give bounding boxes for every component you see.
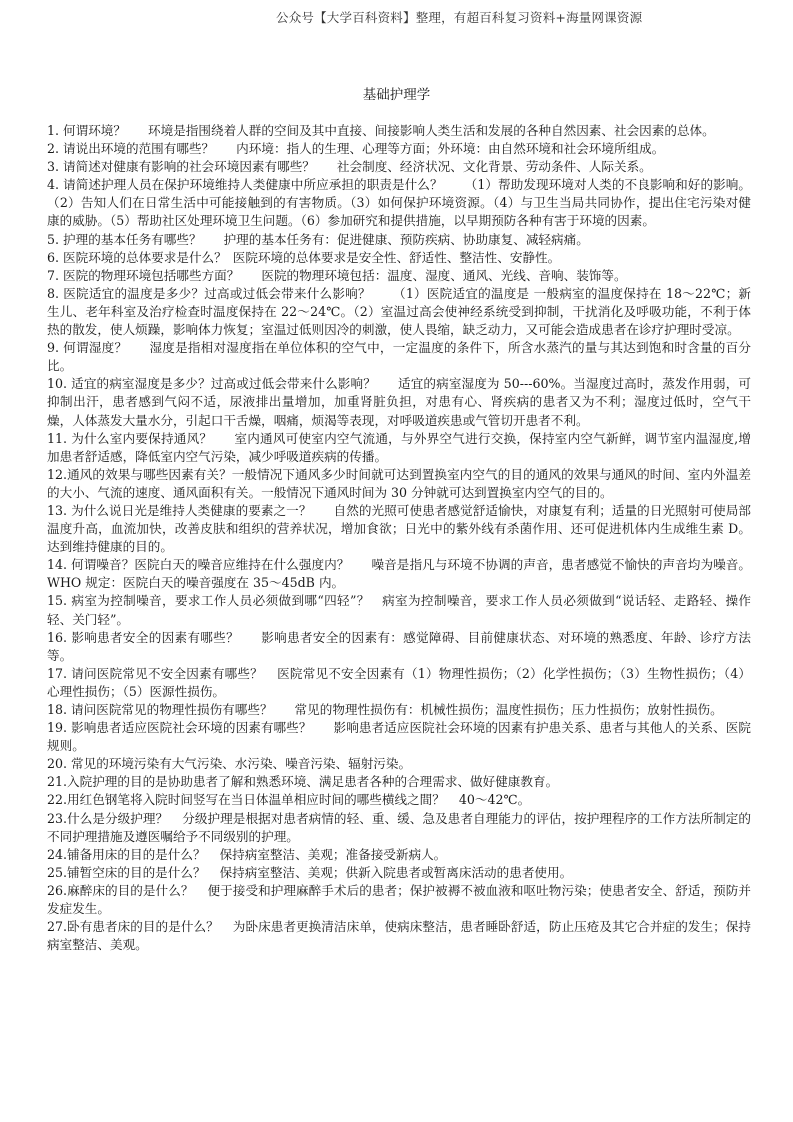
qa-item-21: 21.入院护理的目的是协助患者了解和熟悉环境、满足患者各种的合理需求、做好健康教… — [47, 773, 751, 791]
question: 23.什么是分级护理？ — [47, 811, 168, 826]
qa-item-24: 24.铺备用床的目的是什么？保持病室整洁、美观；准备接受新病人。 — [47, 846, 751, 864]
qa-item-4: 4. 请简述护理人员在保护环境维持人类健康中所应承担的职责是什么？（1）帮助发现… — [47, 176, 751, 230]
qa-item-27: 27.卧有患者床的目的是什么？为卧床患者更换清洁床单，使病床整洁，患者睡卧舒适，… — [47, 918, 751, 954]
qa-item-9: 9. 何谓湿度？湿度是指相对湿度指在单位体积的空气中，一定温度的条件下，所含水蒸… — [47, 339, 751, 375]
qa-item-11: 11. 为什么室内要保持通风？室内通风可使室内空气流通，与外界空气进行交换，保持… — [47, 430, 751, 466]
question: 27.卧有患者床的目的是什么？ — [47, 919, 219, 934]
answer: 医院的物理环境包括：温度、湿度、通风、光线、音响、装饰等。 — [261, 268, 626, 283]
qa-item-5: 5. 护理的基本任务有哪些？护理的基本任务有：促进健康、预防疾病、协助康复、减轻… — [47, 231, 751, 249]
question: 3. 请简述对健康有影响的社会环境因素有哪些？ — [47, 159, 315, 174]
answer: 保持病室整洁、美观；准备接受新病人。 — [220, 847, 447, 862]
answer: 护理的基本任务有：促进健康、预防疾病、协助康复、减轻病痛。 — [224, 232, 589, 247]
answer: 常见的物理性损伤有：机械性损伤；温度性损伤；压力性损伤；放射性损伤。 — [295, 702, 723, 717]
qa-item-14: 14. 何谓噪音？医院白天的噪音应维持在什么强度内？噪音是指凡与环境不协调的声音… — [47, 556, 751, 592]
question: 9. 何谓湿度？ — [47, 340, 127, 355]
question: 12.通风的效果与哪些因素有关？一般情况下通风多少时间就可达到置换室内空气的目的 — [47, 467, 536, 482]
question: 7. 医院的物理环境包括哪些方面？ — [47, 268, 239, 283]
answer: 社会制度、经济状况、文化背景、劳动条件、人际关系。 — [337, 159, 652, 174]
question: 16. 影响患者安全的因素有哪些？ — [47, 630, 239, 645]
answer: 40～42℃。 — [459, 792, 530, 807]
question: 14. 何谓噪音？医院白天的噪音应维持在什么强度内？ — [47, 557, 349, 572]
question: 19. 影响患者适应医院社会环境的因素有哪些？ — [47, 720, 311, 735]
question: 11. 为什么室内要保持通风？ — [47, 431, 212, 446]
qa-item-22: 22.用红色钢笔将入院时间竖写在当日体温单相应时间的哪些横线之間？40～42℃。 — [47, 791, 751, 809]
question: 24.铺备用床的目的是什么？ — [47, 847, 206, 862]
question: 5. 护理的基本任务有哪些？ — [47, 232, 202, 247]
question: 15. 病室为控制噪音，要求工作人员必须做到哪“四轻”？ — [47, 593, 370, 608]
question: 13. 为什么说日光是维持人类健康的要素之一？ — [47, 503, 311, 518]
qa-item-16: 16. 影响患者安全的因素有哪些？影响患者安全的因素有：感觉障碍、目前健康状态、… — [47, 629, 751, 665]
qa-item-15: 15. 病室为控制噪音，要求工作人员必须做到哪“四轻”？病室为控制噪音，要求工作… — [47, 592, 751, 628]
qa-item-1: 1. 何谓环境？环境是指围绕着人群的空间及其中直接、间接影响人类生活和发展的各种… — [47, 122, 751, 140]
watermark-header: 公众号【大学百科资料】整理，有超百科复习资料+海量网课资源 — [276, 8, 642, 26]
question: 2. 请说出环境的范围有哪些？ — [47, 141, 214, 156]
question: 4. 请简述护理人员在保护环境维持人类健康中所应承担的职责是什么？ — [47, 177, 443, 192]
qa-item-25: 25.铺暂空床的目的是什么？保持病室整洁、美观；供新入院患者或暂离床活动的患者使… — [47, 864, 751, 882]
qa-item-23: 23.什么是分级护理？分级护理是根据对患者病情的轻、重、缓、急及患者自理能力的评… — [47, 810, 751, 846]
question: 17. 请问医院常见不安全因素有哪些？ — [47, 666, 263, 681]
answer: 保持病室整洁、美观；供新入院患者或暂离床活动的患者使用。 — [220, 865, 573, 880]
qa-item-10: 10. 适宜的病室湿度是多少？过高或过低会带来什么影响？适宜的病室湿度为 50-… — [47, 375, 751, 429]
qa-item-26: 26.麻醉床的目的是什么？便于接受和护理麻醉手术后的患者；保护被褥不被血液和呕吐… — [47, 882, 751, 918]
qa-item-20: 20. 常见的环境污染有大气污染、水污染、噪音污染、辐射污染。 — [47, 755, 751, 773]
question: 26.麻醉床的目的是什么？ — [47, 883, 193, 898]
question: 8. 医院适宜的温度是多少？过高或过低会带来什么影响？ — [47, 286, 371, 301]
question: 10. 适宜的病室湿度是多少？过高或过低会带来什么影响？ — [47, 376, 376, 391]
question: 20. 常见的环境污染有大气污染、水污染、噪音污染、辐射污染。 — [47, 756, 411, 771]
document-title: 基础护理学 — [0, 83, 793, 103]
qa-item-19: 19. 影响患者适应医院社会环境的因素有哪些？影响患者适应医院社会环境的因素有护… — [47, 719, 751, 755]
answer: 内环境：指人的生理、心理等方面；外环境：由自然环境和社会环境所组成。 — [236, 141, 664, 156]
qa-item-13: 13. 为什么说日光是维持人类健康的要素之一？自然的光照可使患者感觉舒适愉快，对… — [47, 502, 751, 556]
qa-item-2: 2. 请说出环境的范围有哪些？内环境：指人的生理、心理等方面；外环境：由自然环境… — [47, 140, 751, 158]
answer: 湿度是指相对湿度指在单位体积的空气中，一定温度的条件下，所含水蒸汽的量与其达到饱… — [47, 340, 751, 373]
answer: 环境是指围绕着人群的空间及其中直接、间接影响人类生活和发展的各种自然因素、社会因… — [148, 123, 715, 138]
question: 21.入院护理的目的是协助患者了解和熟悉环境、满足患者各种的合理需求、做好健康教… — [47, 774, 558, 789]
question: 18. 请问医院常见的物理性损伤有哪些？ — [47, 702, 273, 717]
question: 25.铺暂空床的目的是什么？ — [47, 865, 206, 880]
qa-item-18: 18. 请问医院常见的物理性损伤有哪些？常见的物理性损伤有：机械性损伤；温度性损… — [47, 701, 751, 719]
question: 1. 何谓环境？ — [47, 123, 126, 138]
qa-item-7: 7. 医院的物理环境包括哪些方面？医院的物理环境包括：温度、湿度、通风、光线、音… — [47, 267, 751, 285]
qa-list: 1. 何谓环境？环境是指围绕着人群的空间及其中直接、间接影响人类生活和发展的各种… — [47, 122, 751, 954]
qa-item-17: 17. 请问医院常见不安全因素有哪些？医院常见不安全因素有（1）物理性损伤；（2… — [47, 665, 751, 701]
answer: 医院环境的总体要求是安全性、舒适性、整洁性、安静性。 — [233, 250, 560, 265]
qa-item-6: 6. 医院环境的总体要求是什么？医院环境的总体要求是安全性、舒适性、整洁性、安静… — [47, 249, 751, 267]
qa-item-3: 3. 请简述对健康有影响的社会环境因素有哪些？社会制度、经济状况、文化背景、劳动… — [47, 158, 751, 176]
qa-item-8: 8. 医院适宜的温度是多少？过高或过低会带来什么影响？（1）医院适宜的温度是 一… — [47, 285, 751, 339]
question: 22.用红色钢笔将入院时间竖写在当日体温单相应时间的哪些横线之間？ — [47, 792, 445, 807]
qa-item-12: 12.通风的效果与哪些因素有关？一般情况下通风多少时间就可达到置换室内空气的目的… — [47, 466, 751, 502]
question: 6. 医院环境的总体要求是什么？ — [47, 250, 227, 265]
